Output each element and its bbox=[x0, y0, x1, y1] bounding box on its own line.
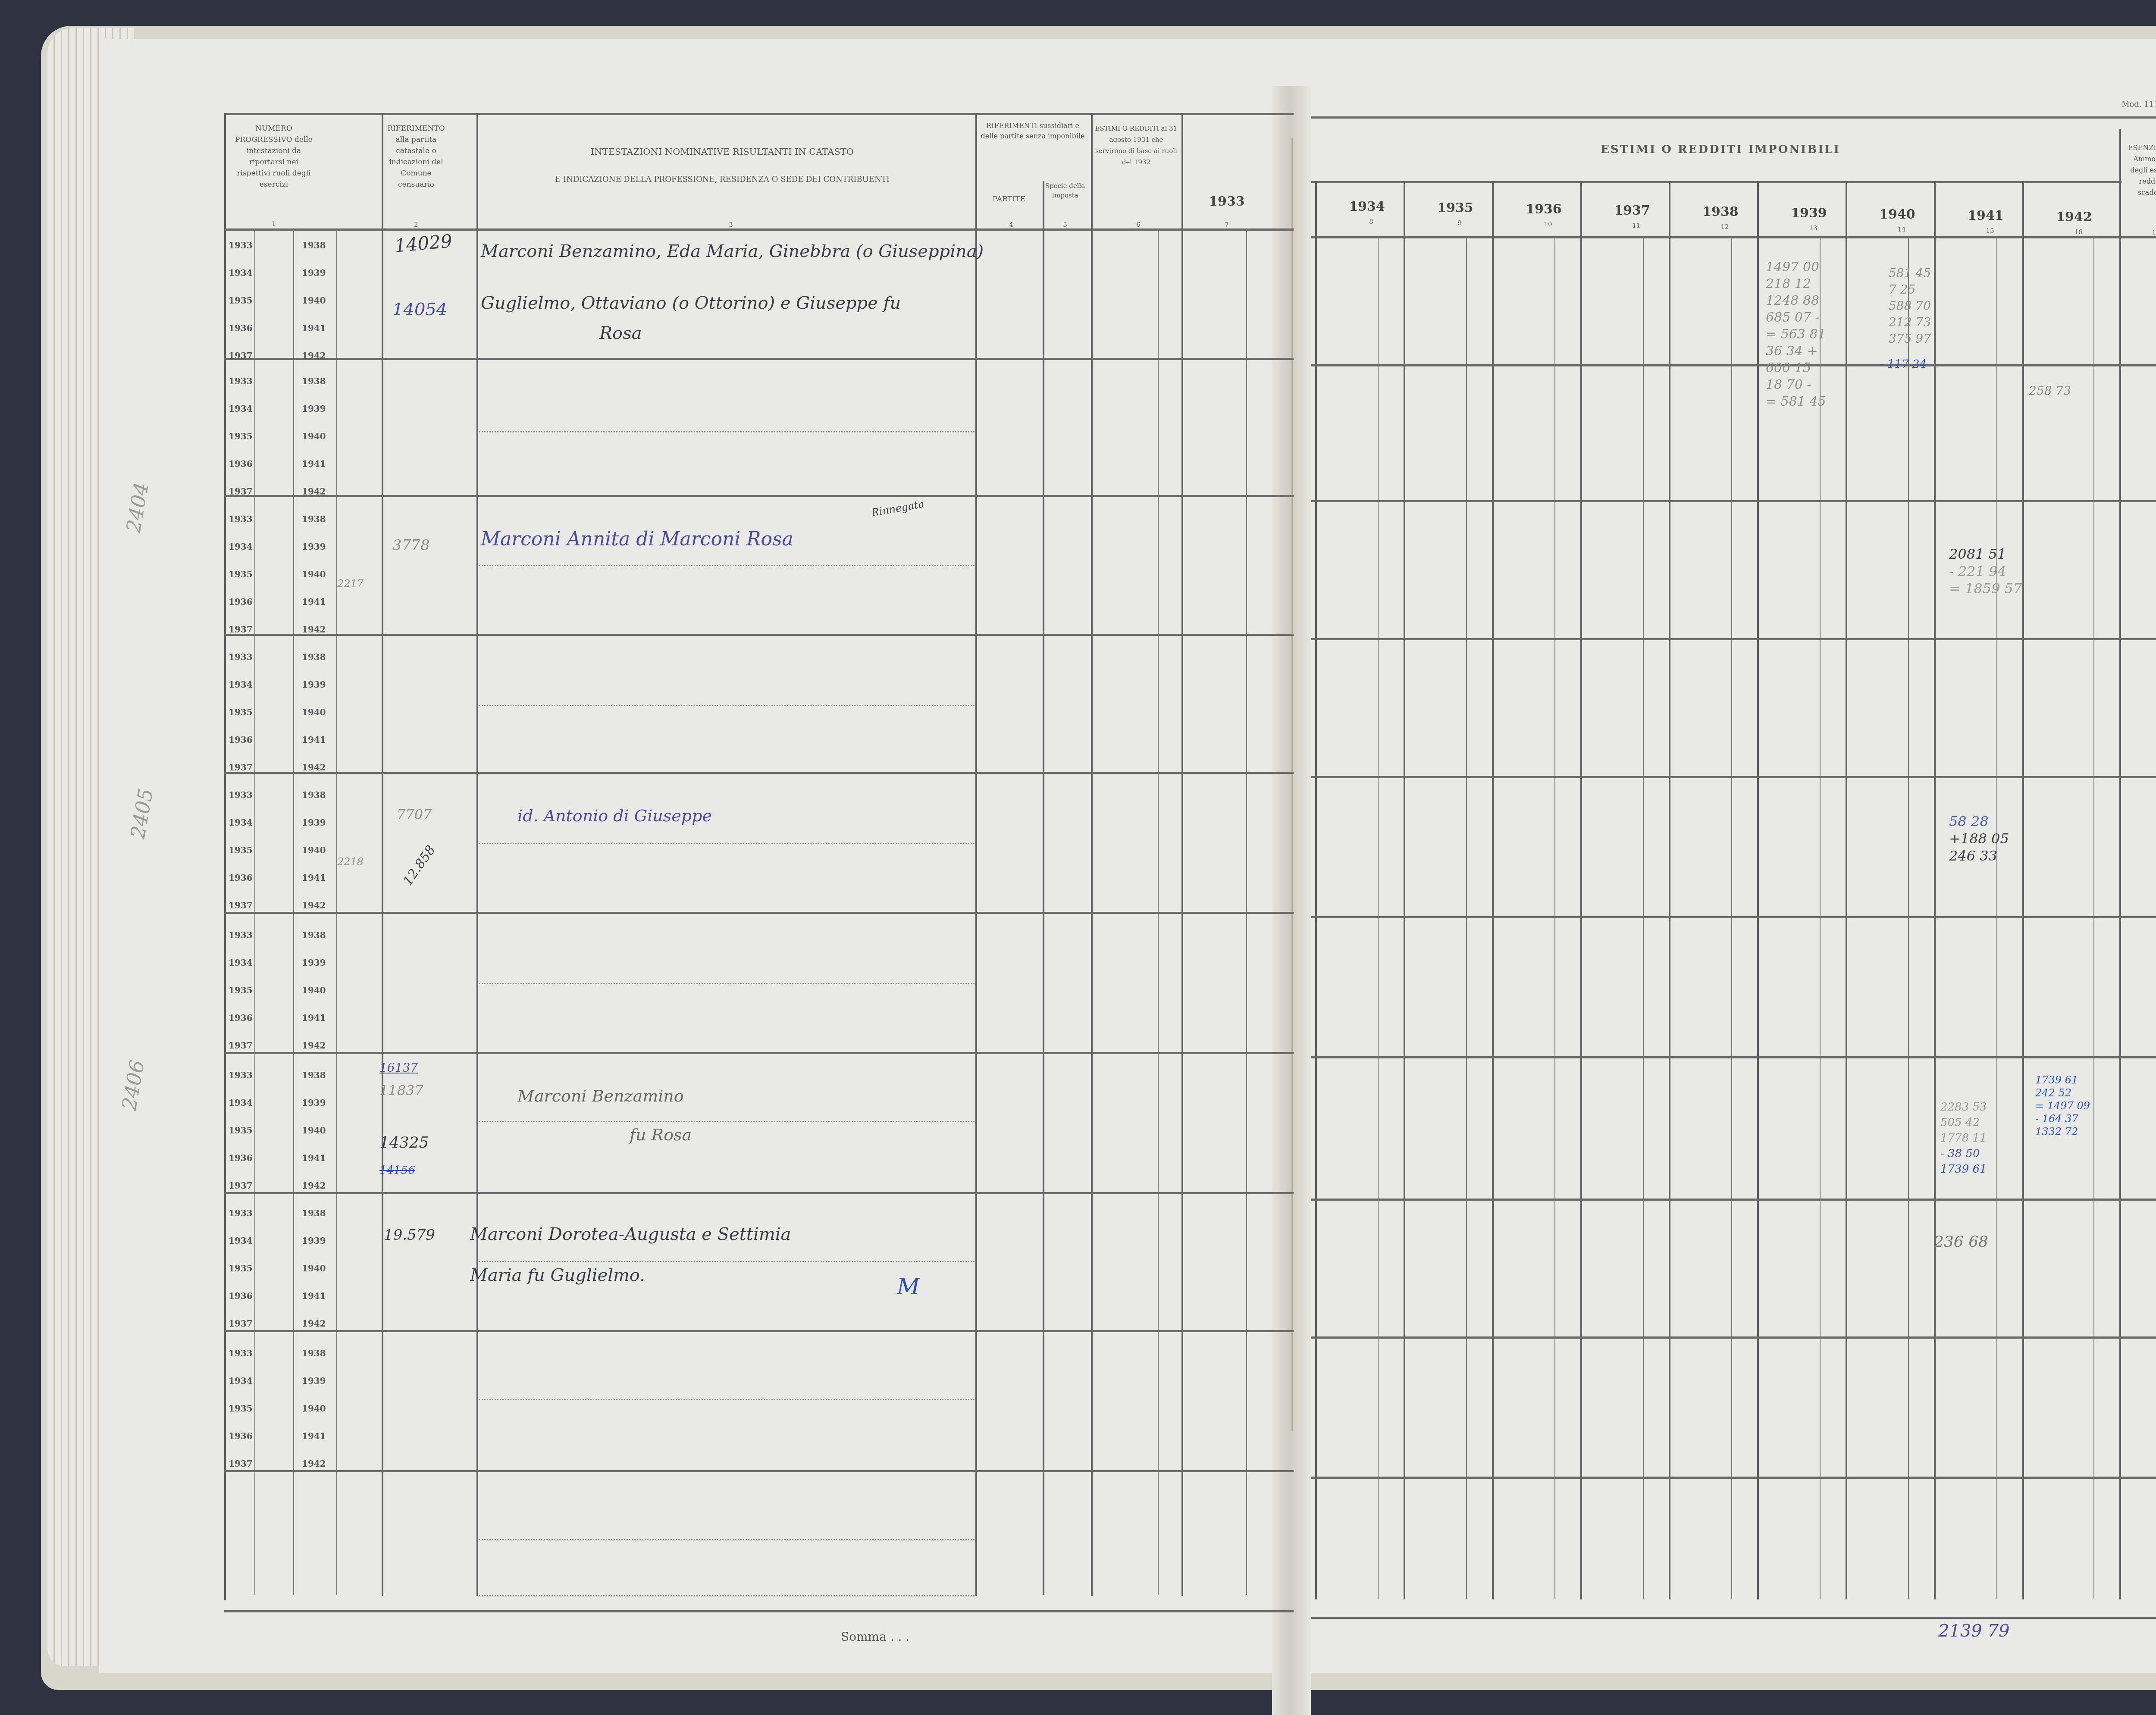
record-1-ref2: 14054 bbox=[392, 300, 447, 319]
calc-line: 242 52 bbox=[2035, 1087, 2071, 1099]
col-rule-cents bbox=[1378, 237, 1379, 1599]
record-5-calc-1941: 236 68 bbox=[1934, 1233, 1988, 1251]
column-number: 4 bbox=[1005, 221, 1018, 228]
row-year-right: 1939 bbox=[302, 1376, 326, 1386]
row-rule bbox=[1311, 1056, 2156, 1058]
calc-line: 18 70 - bbox=[1766, 377, 1811, 392]
row-rule bbox=[1311, 500, 2156, 502]
row-year-left: 1933 bbox=[229, 376, 253, 386]
row-year-left: 1933 bbox=[229, 790, 253, 800]
column-number: 5 bbox=[1059, 221, 1072, 228]
record-4-ref: 16137 bbox=[379, 1061, 418, 1075]
row-year-right: 1940 bbox=[302, 1403, 326, 1414]
header-col2: RIFERIMENTO alla partita catastale o ind… bbox=[386, 123, 446, 190]
calc-line: 7 25 bbox=[1889, 282, 1915, 297]
frame-top-left bbox=[224, 113, 1294, 115]
dotted-line bbox=[479, 1121, 975, 1122]
row-year-left: 1934 bbox=[229, 1236, 253, 1246]
column-number: 8 bbox=[1365, 218, 1378, 225]
dotted-line bbox=[479, 1595, 975, 1596]
row-rule bbox=[1311, 1336, 2156, 1339]
row-year-right: 1939 bbox=[302, 1098, 326, 1108]
col-rule bbox=[476, 113, 478, 1596]
row-year-left: 1934 bbox=[229, 404, 253, 414]
header-year: 1934 bbox=[1319, 199, 1414, 214]
calc-line: = 563 81 bbox=[1766, 327, 1826, 342]
frame-left bbox=[224, 113, 226, 1600]
column-number: 9 bbox=[1453, 219, 1466, 227]
row-year-left: 1936 bbox=[229, 1291, 253, 1301]
row-year-left: 1937 bbox=[229, 762, 253, 773]
record-4-ref4: 14156 bbox=[379, 1164, 415, 1177]
row-year-right: 1940 bbox=[302, 569, 326, 579]
row-year-left: 1937 bbox=[229, 1040, 253, 1051]
calc-line: - 38 50 bbox=[1940, 1147, 1980, 1160]
row-year-right: 1942 bbox=[302, 624, 326, 635]
header-estimi: ESTIMI O REDDITI IMPONIBILI bbox=[1354, 142, 2087, 157]
calc-line: 581 45 bbox=[1889, 266, 1931, 280]
row-year-left: 1934 bbox=[229, 679, 253, 690]
record-1-calc-1940-total: - 117 24 bbox=[1880, 358, 1927, 371]
dotted-line bbox=[479, 565, 975, 566]
row-year-right: 1938 bbox=[302, 376, 326, 386]
col-rule bbox=[2119, 129, 2121, 1599]
row-year-right: 1938 bbox=[302, 1208, 326, 1218]
column-number: 17 bbox=[2150, 228, 2156, 236]
row-year-left: 1933 bbox=[229, 652, 253, 662]
row-year-left: 1936 bbox=[229, 1013, 253, 1023]
calc-line: = 581 45 bbox=[1766, 394, 1826, 409]
dotted-line bbox=[479, 1539, 975, 1540]
row-year-right: 1940 bbox=[302, 985, 326, 995]
calc-line: 2283 53 bbox=[1940, 1101, 1987, 1114]
record-5-initials: M bbox=[897, 1274, 920, 1300]
record-4-ref3: 14325 bbox=[379, 1134, 429, 1152]
record-3-box: 2218 bbox=[337, 856, 364, 868]
header-year: 1937 bbox=[1585, 203, 1680, 218]
row-year-left: 1933 bbox=[229, 514, 253, 524]
header-col3-sub: E INDICAZIONE DELLA PROFESSIONE, RESIDEN… bbox=[487, 172, 957, 187]
row-year-right: 1941 bbox=[302, 735, 326, 745]
row-year-left: 1933 bbox=[229, 1070, 253, 1080]
row-year-left: 1934 bbox=[229, 268, 253, 278]
row-year-left: 1935 bbox=[229, 845, 253, 855]
record-4-name-line2: fu Rosa bbox=[630, 1125, 692, 1144]
header-year: 1942 bbox=[2027, 210, 2122, 225]
row-rule bbox=[1311, 1199, 2156, 1201]
left-page bbox=[99, 39, 1298, 1673]
column-number: 1 bbox=[267, 220, 280, 228]
row-rule bbox=[224, 1192, 1294, 1194]
column-number: 6 bbox=[1132, 221, 1145, 228]
row-year-right: 1941 bbox=[302, 1013, 326, 1023]
form-model-label: Mod. 111 - Imposte Dirette (Intercalare)… bbox=[2122, 100, 2156, 109]
row-year-right: 1942 bbox=[302, 900, 326, 911]
row-year-left: 1933 bbox=[229, 1208, 253, 1218]
row-year-right: 1939 bbox=[302, 958, 326, 968]
calc-line: 588 70 bbox=[1889, 299, 1931, 313]
row-year-right: 1942 bbox=[302, 351, 326, 361]
calc-line: 600 15 bbox=[1766, 360, 1811, 376]
record-4-ref2: 11837 bbox=[379, 1082, 423, 1098]
record-1-name-line3: Rosa bbox=[599, 323, 642, 343]
header-col6: ESTIMI O REDDITI al 31 agosto 1931 che s… bbox=[1093, 123, 1179, 168]
column-number: 10 bbox=[1542, 220, 1554, 228]
col-rule-cents bbox=[2093, 237, 2094, 1599]
row-year-left: 1935 bbox=[229, 985, 253, 995]
col-rule-cents bbox=[1820, 237, 1821, 1599]
row-year-left: 1937 bbox=[229, 486, 253, 497]
calc-line: 1497 00 bbox=[1766, 260, 1819, 275]
row-year-left: 1936 bbox=[229, 735, 253, 745]
row-year-left: 1936 bbox=[229, 1153, 253, 1163]
dotted-line bbox=[479, 1261, 975, 1262]
calc-line: - 164 37 bbox=[2035, 1113, 2078, 1125]
row-year-right: 1941 bbox=[302, 1291, 326, 1301]
record-1-calc-1942: 258 73 bbox=[2029, 384, 2071, 398]
calc-line: 246 33 bbox=[1949, 848, 1997, 864]
row-year-right: 1940 bbox=[302, 707, 326, 717]
row-rule bbox=[224, 1052, 1294, 1054]
dotted-line bbox=[479, 843, 975, 844]
calc-line: 685 07 - bbox=[1766, 310, 1820, 325]
row-year-right: 1938 bbox=[302, 1070, 326, 1080]
row-rule bbox=[224, 495, 1294, 497]
sum-value: 2139 79 bbox=[1938, 1621, 2009, 1641]
calc-line: 218 12 bbox=[1766, 276, 1811, 291]
row-rule bbox=[224, 912, 1294, 914]
header-esenzioni: ESENZIONI — Ammontare degli estimi o red… bbox=[2124, 142, 2156, 198]
header-col1: NUMERO PROGRESSIVO delle intestazioni da… bbox=[233, 123, 315, 190]
calc-line: 1739 61 bbox=[2035, 1074, 2078, 1086]
column-number: 2 bbox=[410, 221, 423, 228]
right-page bbox=[1294, 39, 2156, 1673]
estimi-sub-rule bbox=[1311, 181, 2122, 183]
col-rule-cents bbox=[1554, 237, 1555, 1599]
col-rule bbox=[1492, 181, 1494, 1599]
record-3-name: id. Antonio di Giuseppe bbox=[517, 806, 712, 825]
header-year: 1936 bbox=[1496, 202, 1591, 217]
col-rule bbox=[1181, 113, 1183, 1596]
calc-line: 36 34 + bbox=[1766, 344, 1818, 359]
row-rule bbox=[224, 358, 1294, 360]
col-rule bbox=[1580, 181, 1582, 1599]
row-year-left: 1934 bbox=[229, 1098, 253, 1108]
row-year-left: 1936 bbox=[229, 873, 253, 883]
row-rule bbox=[224, 1470, 1294, 1472]
row-year-right: 1940 bbox=[302, 295, 326, 306]
col-rule bbox=[2022, 181, 2024, 1599]
record-2-calc-1941: 2081 51- 221 94= 1859 57 bbox=[1949, 545, 2022, 597]
column-number: 15 bbox=[1984, 227, 1996, 235]
header-col45-title: RIFERIMENTI sussidiari e delle partite s… bbox=[977, 121, 1089, 141]
record-3-calc-1941: 58 28+188 05246 33 bbox=[1949, 813, 2009, 864]
row-year-left: 1937 bbox=[229, 351, 253, 361]
col-rule bbox=[1669, 181, 1670, 1599]
record-5-name-line2: Maria fu Guglielmo. bbox=[470, 1265, 645, 1285]
row-year-left: 1935 bbox=[229, 1125, 253, 1136]
row-year-right: 1939 bbox=[302, 541, 326, 552]
row-year-left: 1933 bbox=[229, 930, 253, 940]
row-year-right: 1940 bbox=[302, 1125, 326, 1136]
row-year-left: 1933 bbox=[229, 240, 253, 250]
header-year: 1939 bbox=[1761, 206, 1856, 221]
row-year-right: 1941 bbox=[302, 597, 326, 607]
row-year-right: 1940 bbox=[302, 431, 326, 441]
calc-line: 375 97 bbox=[1889, 332, 1931, 346]
row-rule bbox=[1311, 1617, 2156, 1619]
column-number: 16 bbox=[2072, 228, 2085, 236]
header-year: 1940 bbox=[1850, 207, 1945, 222]
calc-line: = 1859 57 bbox=[1949, 580, 2022, 597]
header-partite: PARTITE bbox=[977, 192, 1041, 207]
row-rule bbox=[224, 772, 1294, 774]
record-2-name: Marconi Annita di Marconi Rosa bbox=[481, 528, 793, 550]
calc-line: = 1497 09 bbox=[2035, 1100, 2090, 1112]
header-year: 1935 bbox=[1408, 200, 1503, 216]
calc-line: 1332 72 bbox=[2035, 1126, 2078, 1138]
record-4-calc-1941: 2283 53505 421778 11- 38 501739 61 bbox=[1940, 1099, 1987, 1177]
record-1-name-line2: Guglielmo, Ottaviano (o Ottorino) e Gius… bbox=[481, 293, 901, 313]
row-year-right: 1938 bbox=[302, 790, 326, 800]
calc-line: +188 05 bbox=[1949, 830, 2009, 847]
calc-line: 505 42 bbox=[1940, 1116, 1980, 1129]
row-year-right: 1940 bbox=[302, 1263, 326, 1274]
row-year-left: 1934 bbox=[229, 817, 253, 828]
column-number: 12 bbox=[1718, 223, 1731, 231]
column-number: 14 bbox=[1895, 225, 1908, 233]
col-rule-cents bbox=[1466, 237, 1467, 1599]
record-1-calc-1940: 581 457 25588 70212 73375 97 bbox=[1889, 265, 1931, 347]
row-year-left: 1934 bbox=[229, 541, 253, 552]
row-year-right: 1942 bbox=[302, 1180, 326, 1191]
row-rule bbox=[224, 634, 1294, 636]
row-year-left: 1935 bbox=[229, 431, 253, 441]
row-year-right: 1939 bbox=[302, 268, 326, 278]
row-rule bbox=[224, 1610, 1294, 1612]
dotted-line bbox=[479, 431, 975, 432]
column-number: 13 bbox=[1807, 224, 1820, 232]
calc-line: 58 28 bbox=[1949, 813, 1989, 829]
record-4-calc-1942: 1739 61242 52= 1497 09- 164 371332 72 bbox=[2035, 1073, 2090, 1138]
row-year-left: 1936 bbox=[229, 459, 253, 469]
col-rule bbox=[1404, 181, 1405, 1599]
calc-line: 2081 51 bbox=[1949, 546, 2006, 562]
record-1-calc-1939: 1497 00218 121248 88685 07 -= 563 8136 3… bbox=[1766, 259, 1826, 410]
row-year-left: 1937 bbox=[229, 1318, 253, 1329]
col-rule bbox=[1043, 181, 1044, 1595]
record-4-name: Marconi Benzamino bbox=[517, 1086, 684, 1105]
column-number: 3 bbox=[724, 221, 737, 228]
dotted-line bbox=[479, 705, 975, 706]
sum-label: Somma . . . bbox=[841, 1630, 909, 1644]
row-year-left: 1934 bbox=[229, 958, 253, 968]
frame-top-right bbox=[1311, 116, 2156, 119]
col-rule bbox=[1315, 181, 1317, 1599]
row-year-right: 1938 bbox=[302, 514, 326, 524]
row-year-right: 1941 bbox=[302, 323, 326, 333]
row-year-right: 1939 bbox=[302, 404, 326, 414]
col-rule bbox=[1934, 181, 1936, 1599]
col-rule bbox=[1091, 113, 1093, 1596]
row-year-left: 1935 bbox=[229, 1403, 253, 1414]
calc-line: 212 73 bbox=[1889, 315, 1931, 329]
row-year-left: 1935 bbox=[229, 707, 253, 717]
row-year-right: 1941 bbox=[302, 1431, 326, 1441]
header-year: 1938 bbox=[1673, 204, 1768, 219]
calc-line: 1248 88 bbox=[1766, 293, 1819, 308]
row-year-left: 1935 bbox=[229, 1263, 253, 1274]
row-year-left: 1937 bbox=[229, 900, 253, 911]
row-year-right: 1939 bbox=[302, 679, 326, 690]
row-year-left: 1933 bbox=[229, 1348, 253, 1358]
row-rule bbox=[1311, 916, 2156, 918]
row-year-right: 1941 bbox=[302, 459, 326, 469]
record-2-ref: 3778 bbox=[392, 537, 430, 554]
column-number: 11 bbox=[1630, 222, 1643, 229]
row-year-left: 1937 bbox=[229, 1458, 253, 1469]
row-rule bbox=[1311, 1477, 2156, 1479]
row-year-right: 1940 bbox=[302, 845, 326, 855]
header-specie-imposta: Specie della Imposta bbox=[1044, 181, 1087, 200]
row-year-right: 1941 bbox=[302, 1153, 326, 1163]
header-year: 1941 bbox=[1938, 208, 2033, 223]
header-year-1933: 1933 bbox=[1184, 194, 1270, 209]
col-rule-cents bbox=[1996, 237, 1997, 1599]
col-rule bbox=[1846, 181, 1847, 1599]
calc-line: 1739 61 bbox=[1940, 1163, 1987, 1176]
header-bottom-left bbox=[224, 228, 1294, 231]
row-year-left: 1935 bbox=[229, 295, 253, 306]
row-year-right: 1942 bbox=[302, 1318, 326, 1329]
row-year-right: 1942 bbox=[302, 1040, 326, 1051]
dotted-line bbox=[479, 1399, 975, 1400]
dotted-line bbox=[479, 983, 975, 984]
col-rule bbox=[382, 113, 383, 1596]
row-year-right: 1939 bbox=[302, 817, 326, 828]
row-year-right: 1938 bbox=[302, 652, 326, 662]
row-year-right: 1942 bbox=[302, 762, 326, 773]
row-year-left: 1937 bbox=[229, 624, 253, 635]
row-year-right: 1938 bbox=[302, 1348, 326, 1358]
row-year-right: 1941 bbox=[302, 873, 326, 883]
record-1-name-line1: Marconi Benzamino, Eda Maria, Ginebbra (… bbox=[481, 241, 984, 261]
record-5-name: Marconi Dorotea-Augusta e Settimia bbox=[470, 1224, 791, 1244]
col-rule-cents bbox=[1643, 237, 1644, 1599]
row-year-right: 1938 bbox=[302, 930, 326, 940]
row-year-left: 1936 bbox=[229, 323, 253, 333]
binding-thread bbox=[1291, 138, 1293, 1431]
row-rule bbox=[1311, 776, 2156, 778]
calc-line: - 221 94 bbox=[1949, 563, 2006, 579]
row-rule bbox=[1311, 638, 2156, 640]
row-year-left: 1934 bbox=[229, 1376, 253, 1386]
column-number: 7 bbox=[1220, 221, 1233, 228]
calc-line: 1778 11 bbox=[1940, 1132, 1987, 1145]
record-2-box: 2217 bbox=[337, 578, 364, 590]
record-5-ref: 19.579 bbox=[384, 1227, 435, 1244]
col-rule bbox=[1757, 181, 1759, 1599]
header-bottom-right bbox=[1311, 236, 2156, 238]
row-year-right: 1939 bbox=[302, 1236, 326, 1246]
row-year-left: 1937 bbox=[229, 1180, 253, 1191]
row-rule bbox=[1311, 364, 2156, 366]
row-year-right: 1938 bbox=[302, 240, 326, 250]
col-rule-cents bbox=[1731, 237, 1732, 1599]
header-col3-title: INTESTAZIONI NOMINATIVE RISULTANTI IN CA… bbox=[487, 144, 957, 159]
row-year-left: 1935 bbox=[229, 569, 253, 579]
row-year-right: 1942 bbox=[302, 1458, 326, 1469]
row-year-left: 1936 bbox=[229, 597, 253, 607]
row-year-left: 1936 bbox=[229, 1431, 253, 1441]
col-rule bbox=[975, 113, 977, 1596]
record-3-ref: 7707 bbox=[397, 806, 432, 823]
row-year-right: 1942 bbox=[302, 486, 326, 497]
row-rule bbox=[224, 1330, 1294, 1332]
col-rule-cents bbox=[1908, 237, 1909, 1599]
